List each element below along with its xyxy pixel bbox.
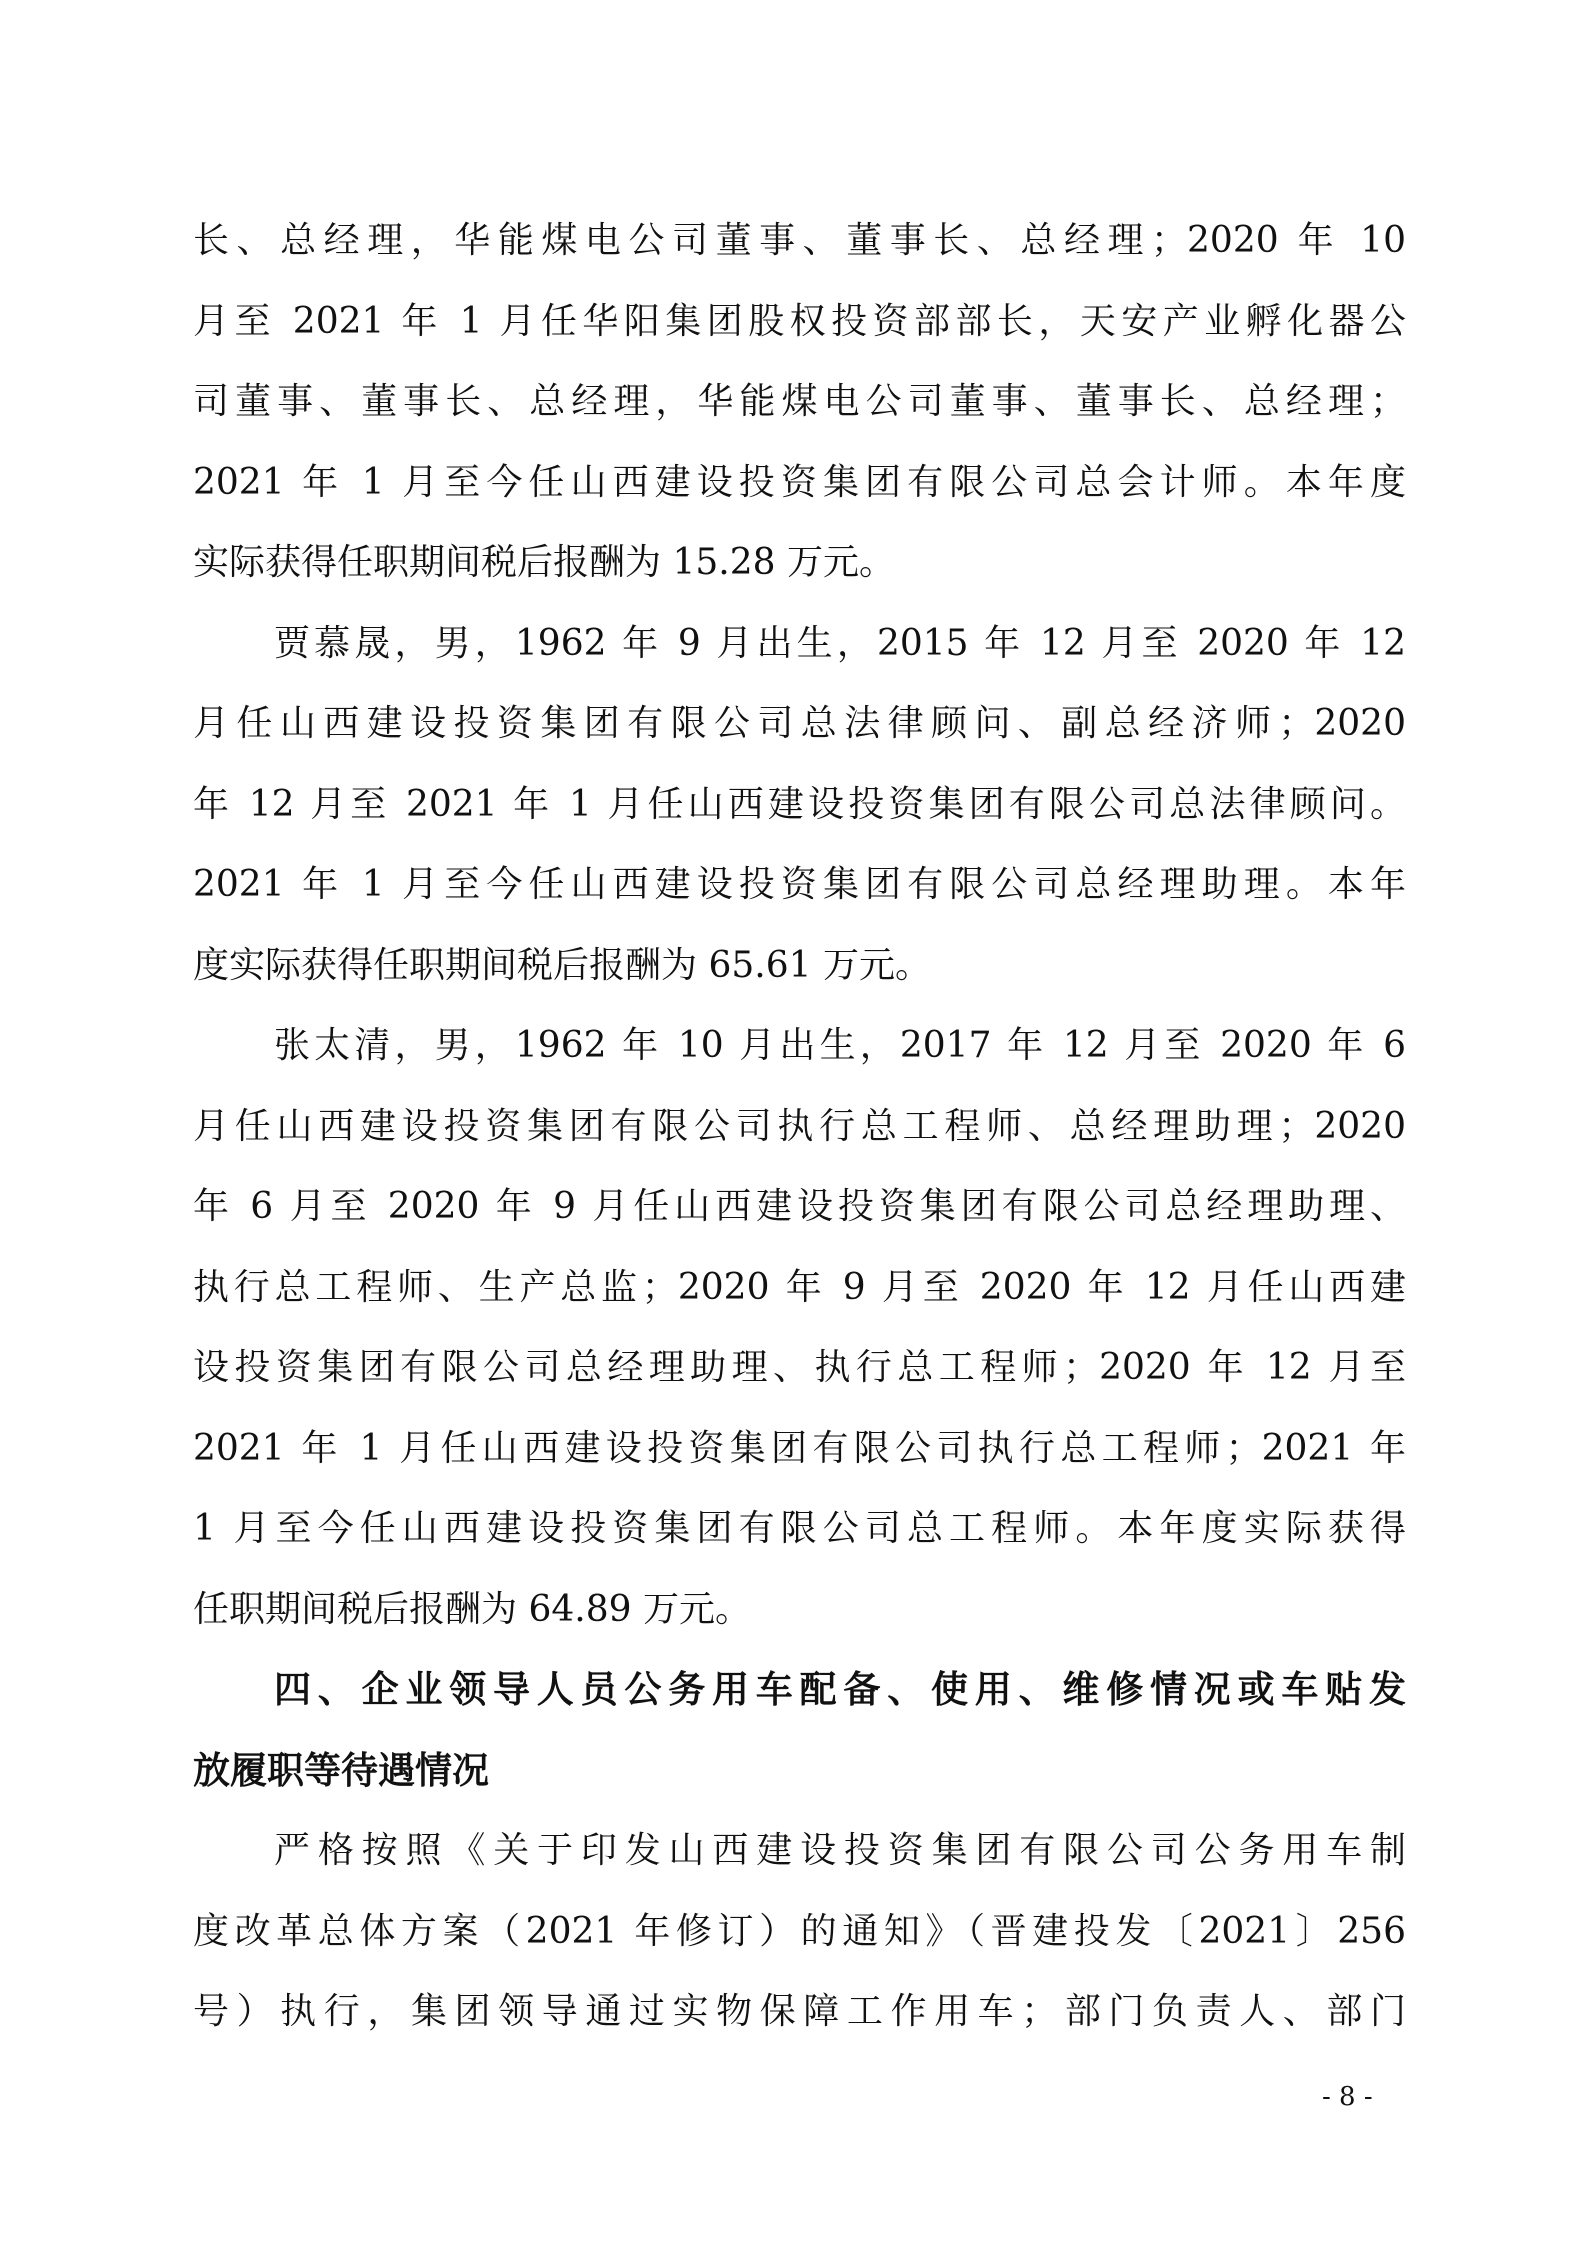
page-number: - 8 - [1322,2082,1373,2112]
text-line: 度改革总体方案（2021 年修订）的通知》（晋建投发〔2021〕256 [193,1900,1406,1981]
paragraph-zhang-taiqing: 张太清，男，1962 年 10 月出生，2017 年 12 月至 2020 年 … [193,1014,1406,1658]
text-line: 设投资集团有限公司总经理助理、执行总工程师；2020 年 12 月至 [193,1336,1406,1417]
text-line: 任职期间税后报酬为 64.89 万元。 [193,1578,1406,1659]
text-line: 严格按照《关于印发山西建设投资集团有限公司公务用车制 [193,1819,1406,1900]
heading-line: 放履职等待遇情况 [193,1739,1406,1820]
text-line: 执行总工程师、生产总监；2020 年 9 月至 2020 年 12 月任山西建 [193,1256,1406,1337]
text-line: 2021 年 1 月至今任山西建设投资集团有限公司总经理助理。本年 [193,853,1406,934]
paragraph-chief-accountant: 长、总经理，华能煤电公司董事、董事长、总经理；2020 年 10 月至 2021… [193,209,1406,612]
page-content: 长、总经理，华能煤电公司董事、董事长、总经理；2020 年 10 月至 2021… [193,209,1406,2061]
text-line: 贾慕晟，男，1962 年 9 月出生，2015 年 12 月至 2020 年 1… [193,612,1406,693]
document-page: 长、总经理，华能煤电公司董事、董事长、总经理；2020 年 10 月至 2021… [0,0,1587,2245]
text-line: 月任山西建设投资集团有限公司执行总工程师、总经理助理；2020 [193,1095,1406,1176]
text-line: 司董事、董事长、总经理，华能煤电公司董事、董事长、总经理； [193,370,1406,451]
text-line: 张太清，男，1962 年 10 月出生，2017 年 12 月至 2020 年 … [193,1014,1406,1095]
paragraph-jia-musheng: 贾慕晟，男，1962 年 9 月出生，2015 年 12 月至 2020 年 1… [193,612,1406,1015]
text-line: 号）执行，集团领导通过实物保障工作用车；部门负责人、部门 [193,1980,1406,2061]
text-line: 2021 年 1 月至今任山西建设投资集团有限公司总会计师。本年度 [193,451,1406,532]
text-line: 长、总经理，华能煤电公司董事、董事长、总经理；2020 年 10 [193,209,1406,290]
text-line: 月任山西建设投资集团有限公司总法律顾问、副总经济师；2020 [193,692,1406,773]
heading-line: 四、企业领导人员公务用车配备、使用、维修情况或车贴发 [193,1658,1406,1739]
text-line: 月至 2021 年 1 月任华阳集团股权投资部部长，天安产业孵化器公 [193,290,1406,371]
text-line: 1 月至今任山西建设投资集团有限公司总工程师。本年度实际获得 [193,1497,1406,1578]
text-line: 实际获得任职期间税后报酬为 15.28 万元。 [193,531,1406,612]
section-heading: 四、企业领导人员公务用车配备、使用、维修情况或车贴发 放履职等待遇情况 [193,1658,1406,1819]
text-line: 2021 年 1 月任山西建设投资集团有限公司执行总工程师；2021 年 [193,1417,1406,1498]
paragraph-vehicle-policy: 严格按照《关于印发山西建设投资集团有限公司公务用车制 度改革总体方案（2021 … [193,1819,1406,2061]
text-line: 度实际获得任职期间税后报酬为 65.61 万元。 [193,934,1406,1015]
text-line: 年 12 月至 2021 年 1 月任山西建设投资集团有限公司总法律顾问。 [193,773,1406,854]
text-line: 年 6 月至 2020 年 9 月任山西建设投资集团有限公司总经理助理、 [193,1175,1406,1256]
